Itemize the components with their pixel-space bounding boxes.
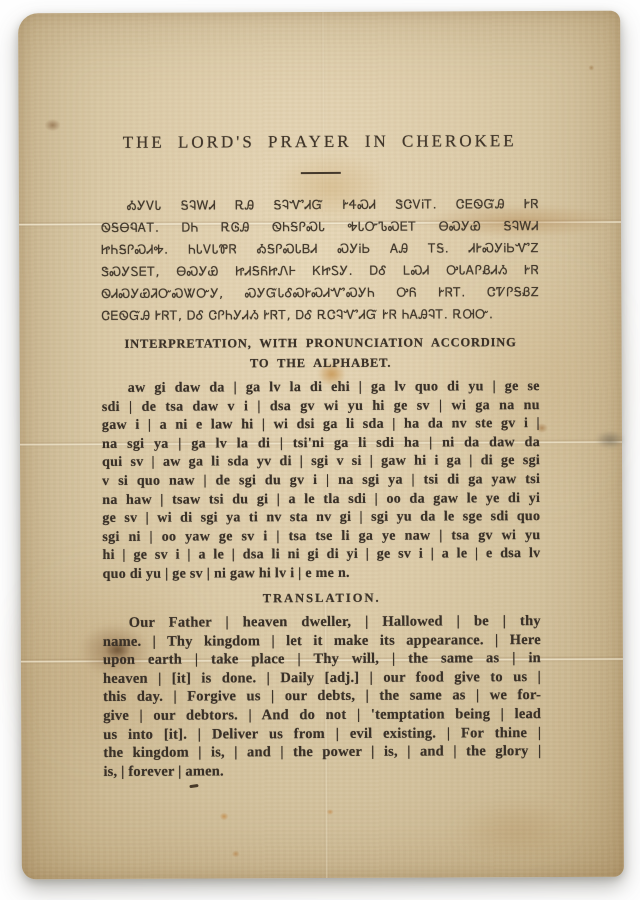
text-line: quo di yu | ge sv | ni gaw hi lv i | e m… — [103, 564, 541, 585]
ink-smudge — [189, 784, 198, 788]
text-line: na haw | tsaw tsi du gi | a le tla sdi |… — [102, 490, 540, 511]
text-line: heaven | [it] is done. | Daily [adj.] | … — [103, 668, 541, 689]
text-line: is, | forever | amen. — [103, 761, 541, 782]
text-line: ᏕᏍᎩᏚᎬᎢ, ᎾᏍᎩᏯ ᏥᏗᎦᏲᏥᏁᎰ ᏦᏥᏚᎩ. ᎠᎴ ᏞᏍᏗ ᎤᏓᎪᎵᏰᏗ… — [101, 259, 539, 283]
document-paper: THE LORD'S PRAYER IN CHEROKEE ᎣᎩᏙᏓ ᎦᎸᎳᏗ … — [18, 11, 624, 880]
pronunciation-text-block: aw gi daw da | ga lv la di ehi | ga lv q… — [102, 378, 541, 584]
title-divider — [301, 172, 341, 174]
text-line: ᏫᏗᏍᎩᏯᏘᏅᏍᏔᏅᎩ, ᏍᎩᏳᏓᎴᏍᎨᏍᏗᏉᏍᎩᏂ ᎤᏲ ᎨᏒᎢ. ᏣᏤᎵᎦᏰ… — [101, 281, 539, 305]
text-line: ᏥᏂᎦᎵᏍᏗᎭ. ᏂᏓᏙᏓᏈᏒ ᎣᎦᎵᏍᏓᏴᏗ ᏍᎩᎥᏏ ᎪᎯ ᎢᎦ. ᏗᎨᏍᎩ… — [101, 237, 539, 261]
text-line: v si quo naw | de sgi du gv i | na sgi y… — [102, 471, 540, 492]
translation-heading: TRANSLATION. — [21, 590, 623, 608]
text-line: this day. | Forgive us | our debts, | th… — [103, 686, 541, 707]
text-line: qui sv | aw ga li sda yv di | sgi v si |… — [102, 452, 540, 473]
photo-background: THE LORD'S PRAYER IN CHEROKEE ᎣᎩᏙᏓ ᎦᎸᎳᏗ … — [0, 0, 640, 900]
pronunciation-heading: INTERPRETATION, WITH PRONUNCIATION ACCOR… — [102, 333, 540, 374]
text-line: gaw i | a ni e law hi | wi dsi ga li sda… — [102, 415, 540, 436]
text-line: ge sv | wi di sgi ya ti nv sta nv gi | s… — [102, 508, 540, 529]
cherokee-text-block: ᎣᎩᏙᏓ ᎦᎸᎳᏗ ᎡᎯ ᎦᎸᏉᏗᏳ ᎨᏎᏍᏗ ᏕᏣᏙᎥᎢ. ᏣᎬᏫᏳᎯ ᎨᏒᏫ… — [101, 193, 540, 327]
document-title: THE LORD'S PRAYER IN CHEROKEE — [19, 131, 621, 154]
text-line: us into [it]. | Deliver us from | evil e… — [103, 724, 541, 745]
text-line: the kingdom | is, | and | the power | is… — [103, 742, 541, 763]
text-line: hi | ge sv i | a le | dsa li ni gi di yi… — [102, 545, 540, 566]
text-line: Our Father | heaven dweller, | Hallowed … — [103, 612, 541, 633]
text-line: ᏣᎬᏫᏳᎯ ᎨᏒᎢ, ᎠᎴ ᏣᎵᏂᎩᏗᏱ ᎨᏒᎢ, ᎠᎴ ᎡᏣᎸᏉᏗᏳ ᎨᏒ Ꮒ… — [101, 303, 539, 327]
text-line: ᏫᎦᎾᏄᎪᎢ. ᎠᏂ ᎡᎶᎯ ᏫᏂᎦᎵᏍᏓ ᎭᏓᏅᏖᏍᎬᎢ ᎾᏍᎩᏯ ᎦᎸᎳᏗ — [101, 215, 539, 239]
text-line: aw gi daw da | ga lv la di ehi | ga lv q… — [102, 378, 540, 399]
text-line: sgi ni | oo yaw ge sv i | tsa tse li ga … — [102, 527, 540, 548]
printed-content: THE LORD'S PRAYER IN CHEROKEE ᎣᎩᏙᏓ ᎦᎸᎳᏗ … — [18, 11, 624, 880]
text-line: TO THE ALPHABET. — [102, 353, 540, 374]
text-line: upon earth | take place | Thy will, | th… — [103, 649, 541, 670]
translation-text-block: Our Father | heaven dweller, | Hallowed … — [103, 612, 542, 781]
text-line: give | our debtors. | And do not | 'temp… — [103, 705, 541, 726]
text-line: sdi | de tsa daw v i | dsa gv wi yu hi g… — [102, 397, 540, 418]
text-line: ᎣᎩᏙᏓ ᎦᎸᎳᏗ ᎡᎯ ᎦᎸᏉᏗᏳ ᎨᏎᏍᏗ ᏕᏣᏙᎥᎢ. ᏣᎬᏫᏳᎯ ᎨᏒ — [101, 193, 539, 217]
text-line: na sgi ya | ga lv la di | tsi'ni ga li s… — [102, 434, 540, 455]
text-line: INTERPRETATION, WITH PRONUNCIATION ACCOR… — [102, 333, 540, 354]
text-line: name. | Thy kingdom | let it make its ap… — [103, 631, 541, 652]
